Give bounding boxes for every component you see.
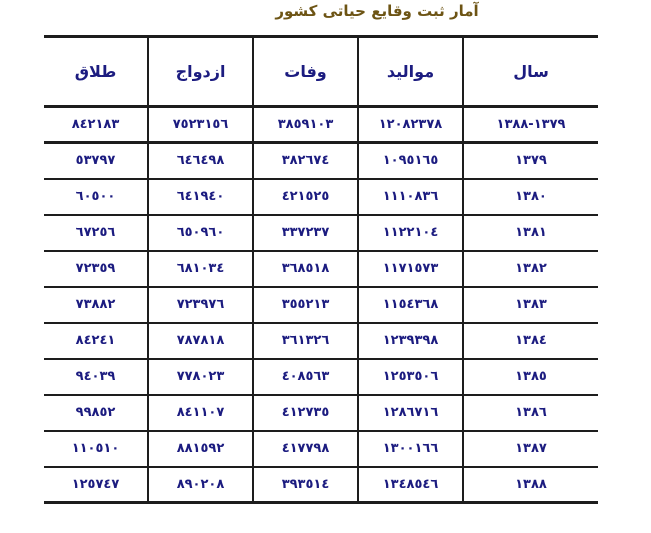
table-row: ١٣٧٩ ١٠٩٥١٦٥ ٣٨٢٦٧٤ ٦٤٦٤٩٨ ٥٣٧٩٧ — [44, 143, 598, 179]
births-cell: ١٠٩٥١٦٥ — [358, 143, 463, 179]
divorce-cell: ٧٢٣٥٩ — [44, 251, 148, 287]
year-cell: ١٣٨١ — [463, 215, 598, 251]
table-row: ١٣٨٧ ١٣٠٠١٦٦ ٤١٧٧٩٨ ٨٨١٥٩٢ ١١٠٥١٠ — [44, 431, 598, 467]
divorce-cell: ٦٠٥٠٠ — [44, 179, 148, 215]
marriage-cell: ٦٥٠٩٦٠ — [148, 215, 253, 251]
deaths-cell: ٣٩٣٥١٤ — [253, 467, 358, 503]
header-births: موالید — [358, 37, 463, 107]
table-row: ١٣٨٦ ١٢٨٦٧١٦ ٤١٢٧٣٥ ٨٤١١٠٧ ٩٩٨٥٢ — [44, 395, 598, 431]
page-title: آمار ثبت وقایع حیاتی کشور — [275, 2, 478, 20]
births-cell: ١١١٠٨٣٦ — [358, 179, 463, 215]
table-row: ١٣٨٢ ١١٧١٥٧٣ ٣٦٨٥١٨ ٦٨١٠٣٤ ٧٢٣٥٩ — [44, 251, 598, 287]
deaths-cell: ٤١٢٧٣٥ — [253, 395, 358, 431]
total-divorce: ٨٤٢١٨٣ — [44, 107, 148, 143]
divorce-cell: ٩٩٨٥٢ — [44, 395, 148, 431]
table-row: ١٣٨٣ ١١٥٤٣٦٨ ٣٥٥٢١٣ ٧٢٣٩٧٦ ٧٣٨٨٢ — [44, 287, 598, 323]
deaths-cell: ٣٦١٣٢٦ — [253, 323, 358, 359]
total-year-range: ١٣٧٩-١٣٨٨ — [463, 107, 598, 143]
year-cell: ١٣٨٢ — [463, 251, 598, 287]
year-cell: ١٣٧٩ — [463, 143, 598, 179]
births-cell: ١٣٤٨٥٤٦ — [358, 467, 463, 503]
deaths-cell: ٣٥٥٢١٣ — [253, 287, 358, 323]
marriage-cell: ٨٩٠٢٠٨ — [148, 467, 253, 503]
year-cell: ١٣٨٤ — [463, 323, 598, 359]
year-cell: ١٣٨٣ — [463, 287, 598, 323]
births-cell: ١٢٥٣٥٠٦ — [358, 359, 463, 395]
marriage-cell: ٦٤١٩٤٠ — [148, 179, 253, 215]
total-row: ١٣٧٩-١٣٨٨ ١٢٠٨٢٣٧٨ ٣٨٥٩١٠٣ ٧٥٢٣١٥٦ ٨٤٢١٨… — [44, 107, 598, 143]
marriage-cell: ٧٧٨٠٢٣ — [148, 359, 253, 395]
divorce-cell: ١٢٥٧٤٧ — [44, 467, 148, 503]
marriage-cell: ٨٤١١٠٧ — [148, 395, 253, 431]
births-cell: ١١٢٢١٠٤ — [358, 215, 463, 251]
marriage-cell: ٦٨١٠٣٤ — [148, 251, 253, 287]
divorce-cell: ٦٧٢٥٦ — [44, 215, 148, 251]
header-marriage: ازدواج — [148, 37, 253, 107]
marriage-cell: ٨٨١٥٩٢ — [148, 431, 253, 467]
deaths-cell: ٤٠٨٥٦٣ — [253, 359, 358, 395]
births-cell: ١٣٠٠١٦٦ — [358, 431, 463, 467]
total-deaths: ٣٨٥٩١٠٣ — [253, 107, 358, 143]
births-cell: ١٢٣٩٣٩٨ — [358, 323, 463, 359]
table-row: ١٣٨٠ ١١١٠٨٣٦ ٤٢١٥٢٥ ٦٤١٩٤٠ ٦٠٥٠٠ — [44, 179, 598, 215]
births-cell: ١١٥٤٣٦٨ — [358, 287, 463, 323]
divorce-cell: ٨٤٢٤١ — [44, 323, 148, 359]
header-year: سال — [463, 37, 598, 107]
table-row: ١٣٨٥ ١٢٥٣٥٠٦ ٤٠٨٥٦٣ ٧٧٨٠٢٣ ٩٤٠٣٩ — [44, 359, 598, 395]
deaths-cell: ٣٣٧٢٣٧ — [253, 215, 358, 251]
year-cell: ١٣٨٥ — [463, 359, 598, 395]
marriage-cell: ٧٢٣٩٧٦ — [148, 287, 253, 323]
document-page: آمار ثبت وقایع حیاتی کشور سال موالید وفا… — [0, 0, 651, 533]
year-cell: ١٣٨٦ — [463, 395, 598, 431]
year-cell: ١٣٨٠ — [463, 179, 598, 215]
header-row: سال موالید وفات ازدواج طلاق — [44, 37, 598, 107]
total-marriage: ٧٥٢٣١٥٦ — [148, 107, 253, 143]
divorce-cell: ٥٣٧٩٧ — [44, 143, 148, 179]
deaths-cell: ٤٢١٥٢٥ — [253, 179, 358, 215]
marriage-cell: ٧٨٧٨١٨ — [148, 323, 253, 359]
table-row: ١٣٨١ ١١٢٢١٠٤ ٣٣٧٢٣٧ ٦٥٠٩٦٠ ٦٧٢٥٦ — [44, 215, 598, 251]
table-row: ١٣٨٤ ١٢٣٩٣٩٨ ٣٦١٣٢٦ ٧٨٧٨١٨ ٨٤٢٤١ — [44, 323, 598, 359]
divorce-cell: ٧٣٨٨٢ — [44, 287, 148, 323]
births-cell: ١٢٨٦٧١٦ — [358, 395, 463, 431]
vital-events-table: سال موالید وفات ازدواج طلاق ١٣٧٩-١٣٨٨ ١٢… — [44, 35, 598, 504]
divorce-cell: ١١٠٥١٠ — [44, 431, 148, 467]
deaths-cell: ٣٨٢٦٧٤ — [253, 143, 358, 179]
year-cell: ١٣٨٧ — [463, 431, 598, 467]
header-divorce: طلاق — [44, 37, 148, 107]
year-cell: ١٣٨٨ — [463, 467, 598, 503]
total-births: ١٢٠٨٢٣٧٨ — [358, 107, 463, 143]
births-cell: ١١٧١٥٧٣ — [358, 251, 463, 287]
deaths-cell: ٤١٧٧٩٨ — [253, 431, 358, 467]
table-row: ١٣٨٨ ١٣٤٨٥٤٦ ٣٩٣٥١٤ ٨٩٠٢٠٨ ١٢٥٧٤٧ — [44, 467, 598, 503]
divorce-cell: ٩٤٠٣٩ — [44, 359, 148, 395]
header-deaths: وفات — [253, 37, 358, 107]
deaths-cell: ٣٦٨٥١٨ — [253, 251, 358, 287]
marriage-cell: ٦٤٦٤٩٨ — [148, 143, 253, 179]
